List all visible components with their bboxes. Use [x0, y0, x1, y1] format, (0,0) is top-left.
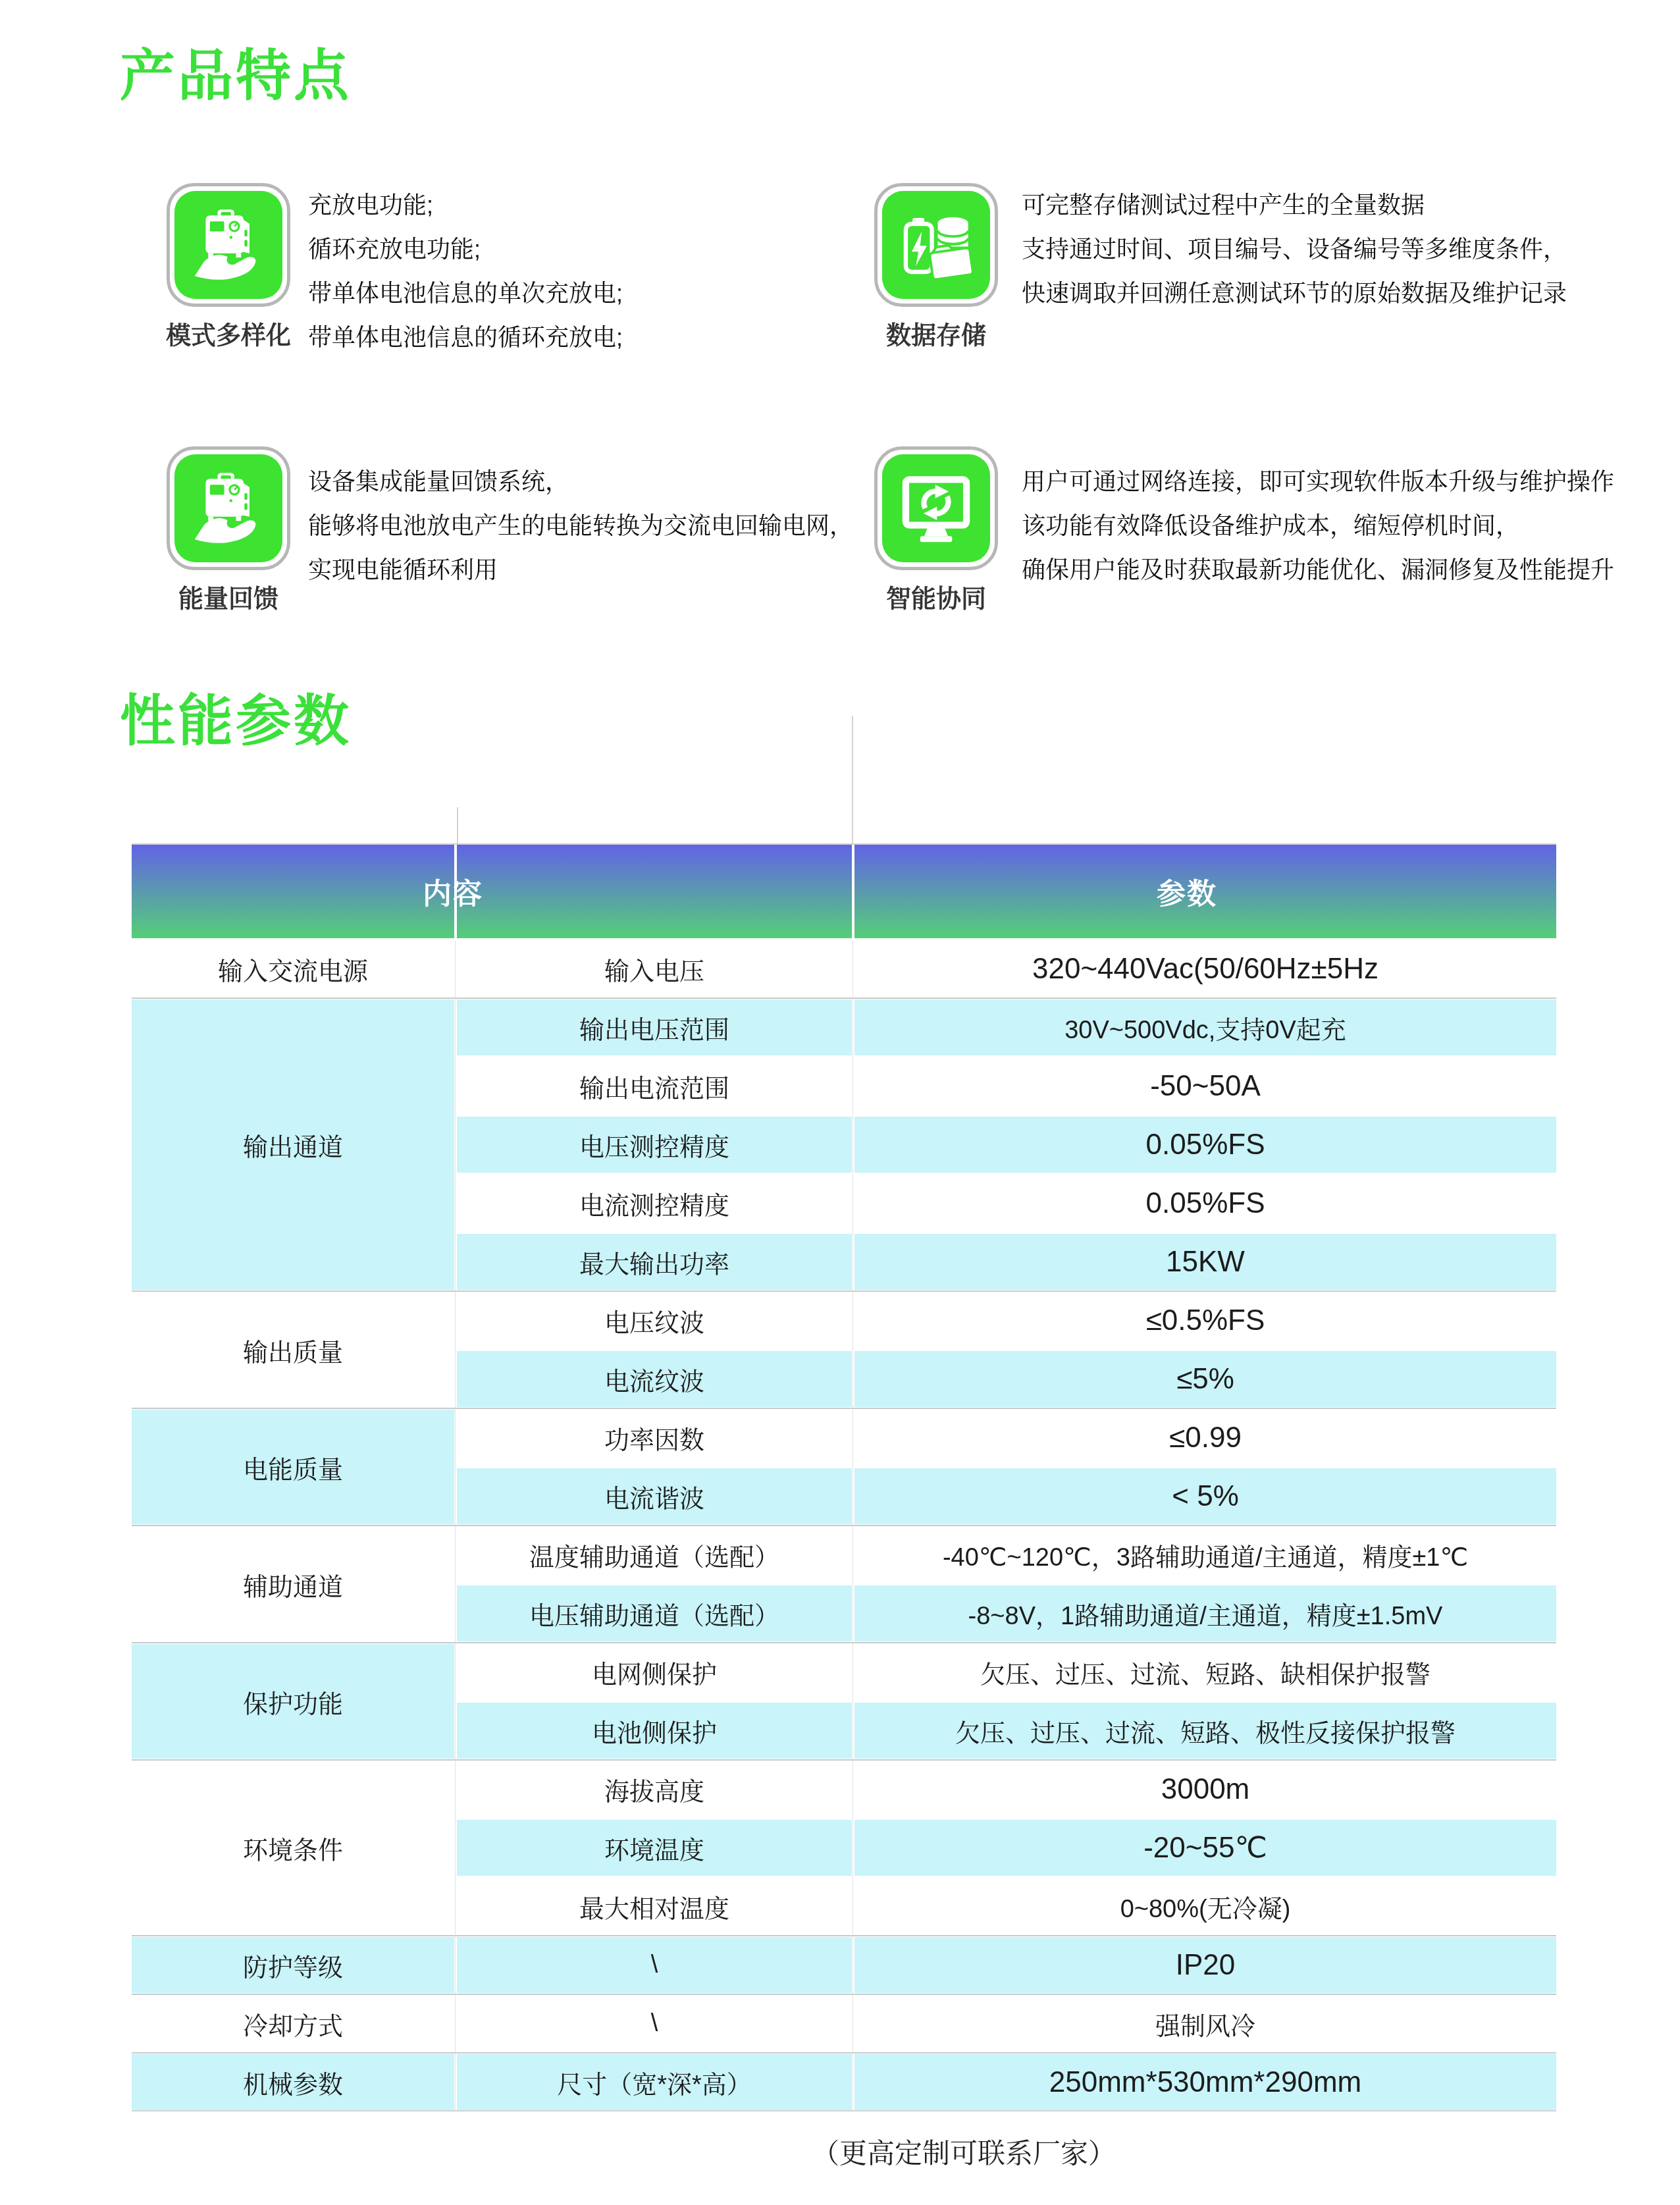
feature-text-line: 该功能有效降低设备维护成本，缩短停机时间，: [1022, 504, 1614, 548]
feature-icon-block: 数据存储: [874, 183, 998, 351]
table-value-cell: -8~8V，1路辅助通道/主通道，精度±1.5mV: [854, 1585, 1556, 1641]
group-divider-line: [132, 1524, 1556, 1527]
feature-card: 智能协同用户可通过网络连接，即可实现软件版本升级与维护操作该功能有效降低设备维护…: [874, 446, 1614, 614]
table-value-cell: 15KW: [854, 1234, 1556, 1290]
table-item-cell: 电流测控精度: [457, 1175, 852, 1231]
table-value-cell: 0.05%FS: [854, 1117, 1556, 1173]
table-group-cell: 防护等级: [132, 1937, 454, 1993]
feature-label: 模式多样化: [166, 315, 291, 351]
feature-text-line: 能够将电池放电产生的电能转换为交流电回输电网，: [308, 504, 853, 548]
feature-text-line: 确保用户能及时获取最新功能优化、漏洞修复及性能提升: [1022, 548, 1614, 592]
group-divider-line: [132, 1407, 1556, 1410]
table-item-cell: 输出电压范围: [457, 999, 852, 1055]
feature-text-line: 带单体电池信息的循环充放电;: [308, 315, 623, 359]
table-value-cell: 30V~500Vdc,支持0V起充: [854, 999, 1556, 1055]
feature-text-line: 带单体电池信息的单次充放电;: [308, 271, 623, 315]
device-on-hand-icon: [167, 183, 290, 307]
table-item-cell: 电压测控精度: [457, 1117, 852, 1173]
group-divider-line: [132, 1290, 1556, 1292]
table-item-cell: 温度辅助通道（选配）: [457, 1527, 852, 1583]
group-divider-line: [132, 1641, 1556, 1644]
table-value-cell: ≤5%: [854, 1351, 1556, 1407]
icon-green-tile: [882, 191, 990, 299]
table-value-cell: 欠压、过压、过流、短路、极性反接保护报警: [854, 1703, 1556, 1759]
table-group-cell: 环境条件: [132, 1761, 454, 1934]
feature-text-line: 支持通过时间、项目编号、设备编号等多维度条件，: [1022, 227, 1567, 271]
table-group-cell: 电能质量: [132, 1410, 454, 1524]
monitor-sync-icon: [874, 446, 998, 570]
table-item-cell: 电压辅助通道（选配）: [457, 1585, 852, 1641]
table-item-cell: 尺寸（宽*深*高）: [457, 2054, 852, 2110]
feature-text-line: 循环充放电功能;: [308, 227, 623, 271]
battery-database-folder-icon: [874, 183, 998, 307]
table-value-cell: IP20: [854, 1937, 1556, 1993]
feature-text-block: 可完整存储测试过程中产生的全量数据支持通过时间、项目编号、设备编号等多维度条件，…: [1022, 183, 1567, 315]
table-item-cell: 环境温度: [457, 1820, 852, 1876]
header-label-content: 内容: [315, 845, 591, 938]
section-title-product-features: 产品特点: [120, 32, 352, 111]
feature-icon-block: 智能协同: [874, 446, 998, 614]
feature-card: 数据存储可完整存储测试过程中产生的全量数据支持通过时间、项目编号、设备编号等多维…: [874, 183, 1567, 351]
table-value-cell: 0.05%FS: [854, 1175, 1556, 1231]
table-item-cell: 功率因数: [457, 1410, 852, 1466]
feature-text-line: 设备集成能量回馈系统，: [308, 460, 853, 504]
table-group-cell: 保护功能: [132, 1644, 454, 1759]
column-divider-line: [852, 716, 853, 843]
feature-label: 智能协同: [886, 578, 986, 614]
table-value-cell: -50~50A: [854, 1058, 1556, 1114]
table-value-cell: 3000m: [854, 1761, 1556, 1817]
group-divider-line: [132, 1934, 1556, 1937]
column-hairline: [853, 941, 853, 2110]
group-divider-line: [132, 997, 1556, 999]
feature-text-line: 可完整存储测试过程中产生的全量数据: [1022, 183, 1567, 227]
table-item-cell: 电池侧保护: [457, 1703, 852, 1759]
table-item-cell: \: [457, 1937, 852, 1993]
feature-icon-block: 能量回馈: [167, 446, 290, 614]
group-divider-line: [132, 1993, 1556, 1996]
column-hairline: [455, 941, 456, 2110]
table-item-cell: 最大相对温度: [457, 1878, 852, 1934]
table-value-cell: 强制风冷: [854, 1996, 1556, 2052]
icon-green-tile: [174, 454, 282, 562]
group-divider-line: [132, 1759, 1556, 1761]
table-group-cell: 输出通道: [132, 999, 454, 1290]
table-item-cell: 海拔高度: [457, 1761, 852, 1817]
footer-note: （更高定制可联系厂家）: [0, 2132, 1680, 2171]
table-group-cell: 机械参数: [132, 2054, 454, 2110]
feature-text-block: 用户可通过网络连接，即可实现软件版本升级与维护操作该功能有效降低设备维护成本，缩…: [1022, 460, 1614, 592]
table-group-cell: 辅助通道: [132, 1527, 454, 1641]
table-value-cell: -20~55℃: [854, 1820, 1556, 1876]
table-value-cell: -40℃~120℃，3路辅助通道/主通道，精度±1℃: [854, 1527, 1556, 1583]
table-value-cell: 320~440Vac(50/60Hz±5Hz: [854, 941, 1556, 997]
section-title-performance-params: 性能参数: [120, 677, 352, 757]
table-item-cell: 电网侧保护: [457, 1644, 852, 1700]
table-value-cell: ≤0.99: [854, 1410, 1556, 1466]
feature-text-block: 设备集成能量回馈系统，能够将电池放电产生的电能转换为交流电回输电网，实现电能循环…: [308, 460, 853, 592]
table-group-cell: 输出质量: [132, 1292, 454, 1407]
icon-green-tile: [882, 454, 990, 562]
header-label-param: 参数: [1049, 845, 1325, 938]
table-item-cell: \: [457, 1996, 852, 2052]
column-divider-line: [457, 807, 458, 843]
table-item-cell: 输出电流范围: [457, 1058, 852, 1114]
table-value-cell: < 5%: [854, 1468, 1556, 1524]
spec-table: 内容参数输入交流电源输入电压320~440Vac(50/60Hz±5Hz输出通道…: [132, 843, 1556, 2112]
group-divider-line: [132, 2052, 1556, 2054]
table-group-cell: 输入交流电源: [132, 941, 454, 997]
table-value-cell: 250mm*530mm*290mm: [854, 2054, 1556, 2110]
table-value-cell: 0~80%(无冷凝): [854, 1878, 1556, 1934]
table-item-cell: 电流谐波: [457, 1468, 852, 1524]
feature-text-line: 实现电能循环利用: [308, 548, 853, 592]
table-item-cell: 输入电压: [457, 941, 852, 997]
table-group-cell: 冷却方式: [132, 1996, 454, 2052]
feature-text-line: 充放电功能;: [308, 183, 623, 227]
table-value-cell: 欠压、过压、过流、短路、缺相保护报警: [854, 1644, 1556, 1700]
feature-label: 能量回馈: [178, 578, 278, 614]
device-on-hand-icon: [167, 446, 290, 570]
table-item-cell: 电流纹波: [457, 1351, 852, 1407]
feature-text-line: 快速调取并回溯任意测试环节的原始数据及维护记录: [1022, 271, 1567, 315]
feature-icon-block: 模式多样化: [167, 183, 290, 351]
footer-note-text: （更高定制可联系厂家）: [812, 2138, 1116, 2169]
table-item-cell: 最大输出功率: [457, 1234, 852, 1290]
feature-label: 数据存储: [886, 315, 986, 351]
table-item-cell: 电压纹波: [457, 1292, 852, 1348]
feature-text-line: 用户可通过网络连接，即可实现软件版本升级与维护操作: [1022, 460, 1614, 504]
icon-green-tile: [174, 191, 282, 299]
feature-card: 能量回馈设备集成能量回馈系统，能够将电池放电产生的电能转换为交流电回输电网，实现…: [167, 446, 853, 614]
table-value-cell: ≤0.5%FS: [854, 1292, 1556, 1348]
feature-card: 模式多样化充放电功能;循环充放电功能;带单体电池信息的单次充放电;带单体电池信息…: [167, 183, 623, 359]
feature-text-block: 充放电功能;循环充放电功能;带单体电池信息的单次充放电;带单体电池信息的循环充放…: [308, 183, 623, 359]
